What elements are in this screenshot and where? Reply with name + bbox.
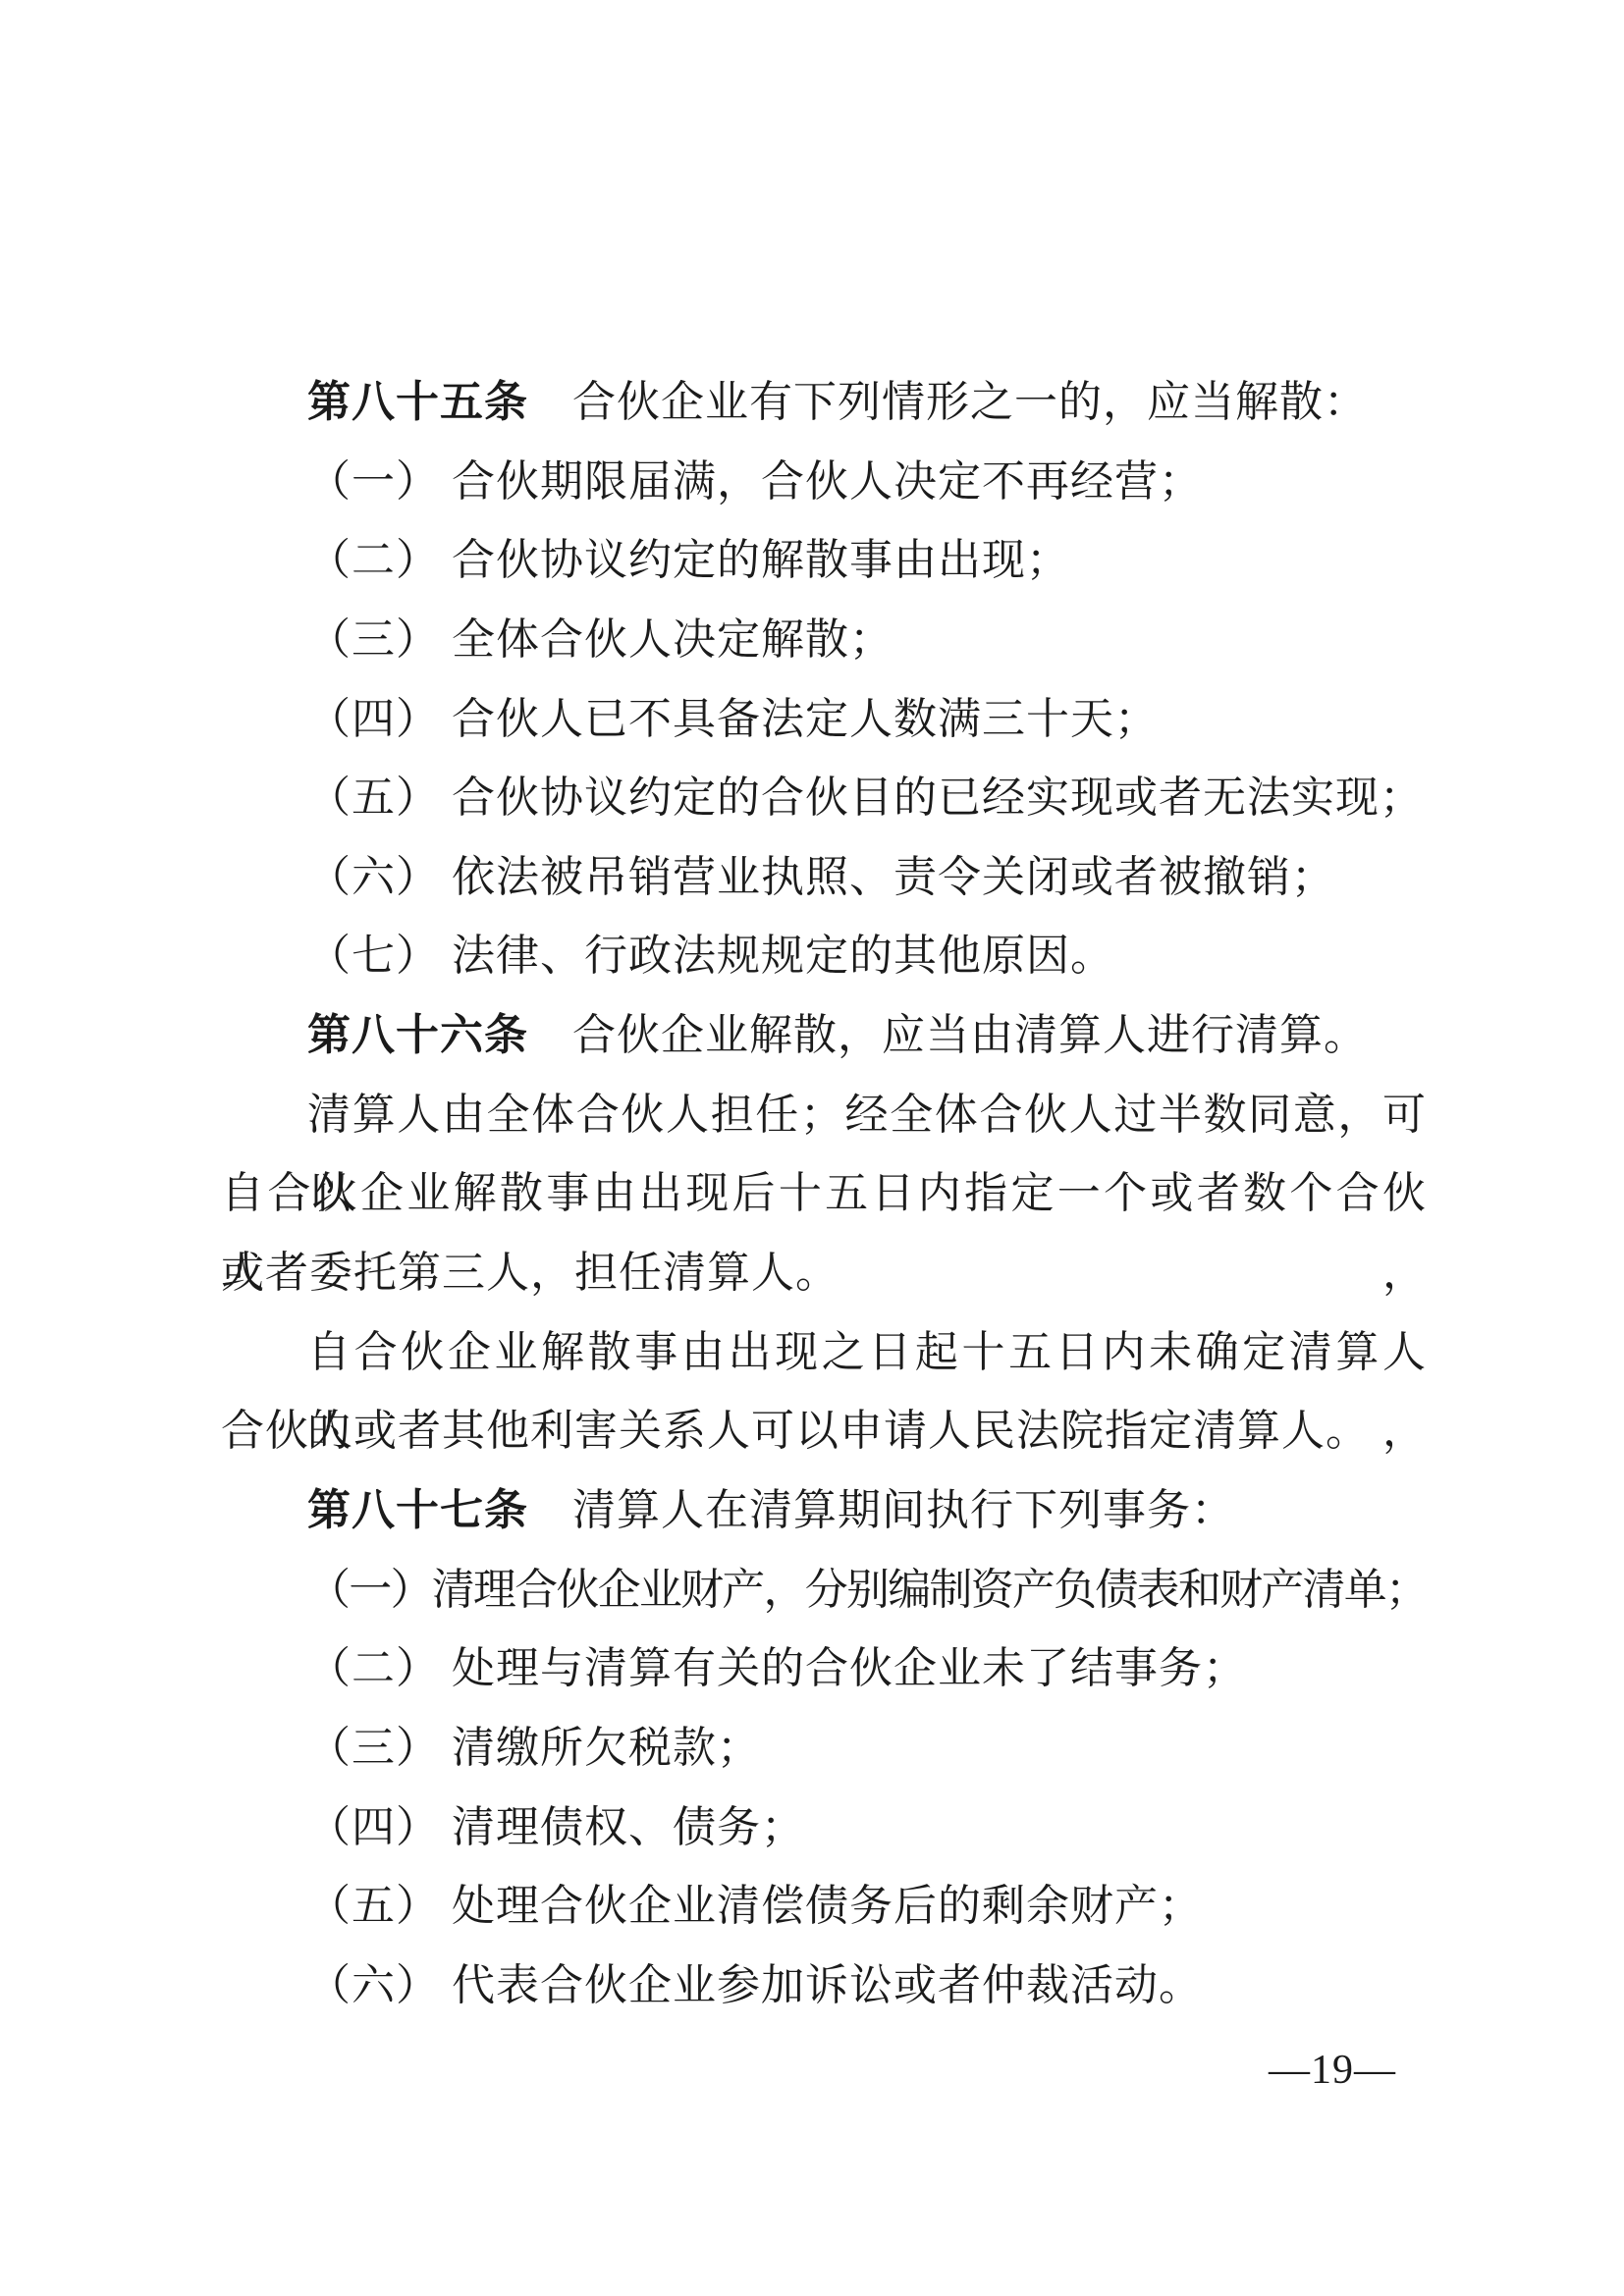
text-line: 自合伙企业解散事由出现之日起十五日内未确定清算人的， xyxy=(221,1313,1426,1393)
article-number: 第八十五条 xyxy=(307,378,528,426)
line-text: 合伙企业解散，应当由清算人进行清算。 xyxy=(528,1011,1368,1059)
page-number: —19— xyxy=(1269,2048,1396,2093)
article-number: 第八十六条 xyxy=(307,1011,528,1059)
line-text: （六） 代表合伙企业参加诉讼或者仲裁活动。 xyxy=(307,1961,1203,2009)
article-header-line: 第八十六条 合伙企业解散，应当由清算人进行清算。 xyxy=(221,996,1426,1076)
text-line: （一） 合伙期限届满，合伙人决定不再经营； xyxy=(221,443,1426,522)
line-text: （七） 法律、行政法规规定的其他原因。 xyxy=(307,932,1114,980)
text-line: （二） 处理与清算有关的合伙企业未了结事务； xyxy=(221,1629,1426,1709)
text-line: 合伙人或者其他利害关系人可以申请人民法院指定清算人。 xyxy=(221,1392,1426,1471)
article-header-line: 第八十五条 合伙企业有下列情形之一的，应当解散： xyxy=(221,363,1426,443)
text-line: （四） 清理债权、债务； xyxy=(221,1789,1426,1868)
text-line: 清算人由全体合伙人担任；经全体合伙人过半数同意，可以 xyxy=(221,1076,1426,1155)
line-text: 或者委托第三人，担任清算人。 xyxy=(221,1249,839,1297)
document-page: 第八十五条 合伙企业有下列情形之一的，应当解散：（一） 合伙期限届满，合伙人决定… xyxy=(0,0,1624,2296)
line-text: （一）清理合伙企业财产，分别编制资产负债表和财产清单； xyxy=(307,1566,1426,1614)
line-text: （四） 合伙人已不具备法定人数满三十天； xyxy=(307,695,1159,743)
text-line: （二） 合伙协议约定的解散事由出现； xyxy=(221,521,1426,601)
text-line: （六） 依法被吊销营业执照、责令关闭或者被撤销； xyxy=(221,838,1426,918)
text-line: （三） 清缴所欠税款； xyxy=(221,1709,1426,1789)
line-text: 清算人在清算期间执行下列事务： xyxy=(528,1486,1235,1534)
text-line: 自合伙企业解散事由出现后十五日内指定一个或者数个合伙人， xyxy=(221,1154,1426,1234)
line-text: （六） 依法被吊销营业执照、责令关闭或者被撤销； xyxy=(307,853,1335,901)
line-text: （五） 处理合伙企业清偿债务后的剩余财产； xyxy=(307,1882,1203,1930)
text-line: （三） 全体合伙人决定解散； xyxy=(221,601,1426,680)
article-number: 第八十七条 xyxy=(307,1486,528,1534)
article-header-line: 第八十七条 清算人在清算期间执行下列事务： xyxy=(221,1471,1426,1551)
text-line: （七） 法律、行政法规规定的其他原因。 xyxy=(221,917,1426,996)
text-line: （五） 处理合伙企业清偿债务后的剩余财产； xyxy=(221,1867,1426,1947)
line-text: 合伙人或者其他利害关系人可以申请人民法院指定清算人。 xyxy=(221,1407,1370,1455)
line-text: （二） 处理与清算有关的合伙企业未了结事务； xyxy=(307,1644,1247,1692)
text-line: （四） 合伙人已不具备法定人数满三十天； xyxy=(221,680,1426,760)
text-line: （五） 合伙协议约定的合伙目的已经实现或者无法实现； xyxy=(221,759,1426,838)
line-text: （一） 合伙期限届满，合伙人决定不再经营； xyxy=(307,457,1203,506)
line-text: 合伙企业有下列情形之一的，应当解散： xyxy=(528,378,1368,426)
line-text: （三） 全体合伙人决定解散； xyxy=(307,615,893,664)
line-text: （五） 合伙协议约定的合伙目的已经实现或者无法实现； xyxy=(307,774,1424,822)
line-text: （四） 清理债权、债务； xyxy=(307,1803,805,1851)
document-body: 第八十五条 合伙企业有下列情形之一的，应当解散：（一） 合伙期限届满，合伙人决定… xyxy=(221,363,1426,2025)
text-line: （六） 代表合伙企业参加诉讼或者仲裁活动。 xyxy=(221,1947,1426,2026)
line-text: （三） 清缴所欠税款； xyxy=(307,1724,761,1772)
line-text: （二） 合伙协议约定的解散事由出现； xyxy=(307,536,1070,584)
text-line: （一）清理合伙企业财产，分别编制资产负债表和财产清单； xyxy=(221,1551,1426,1630)
